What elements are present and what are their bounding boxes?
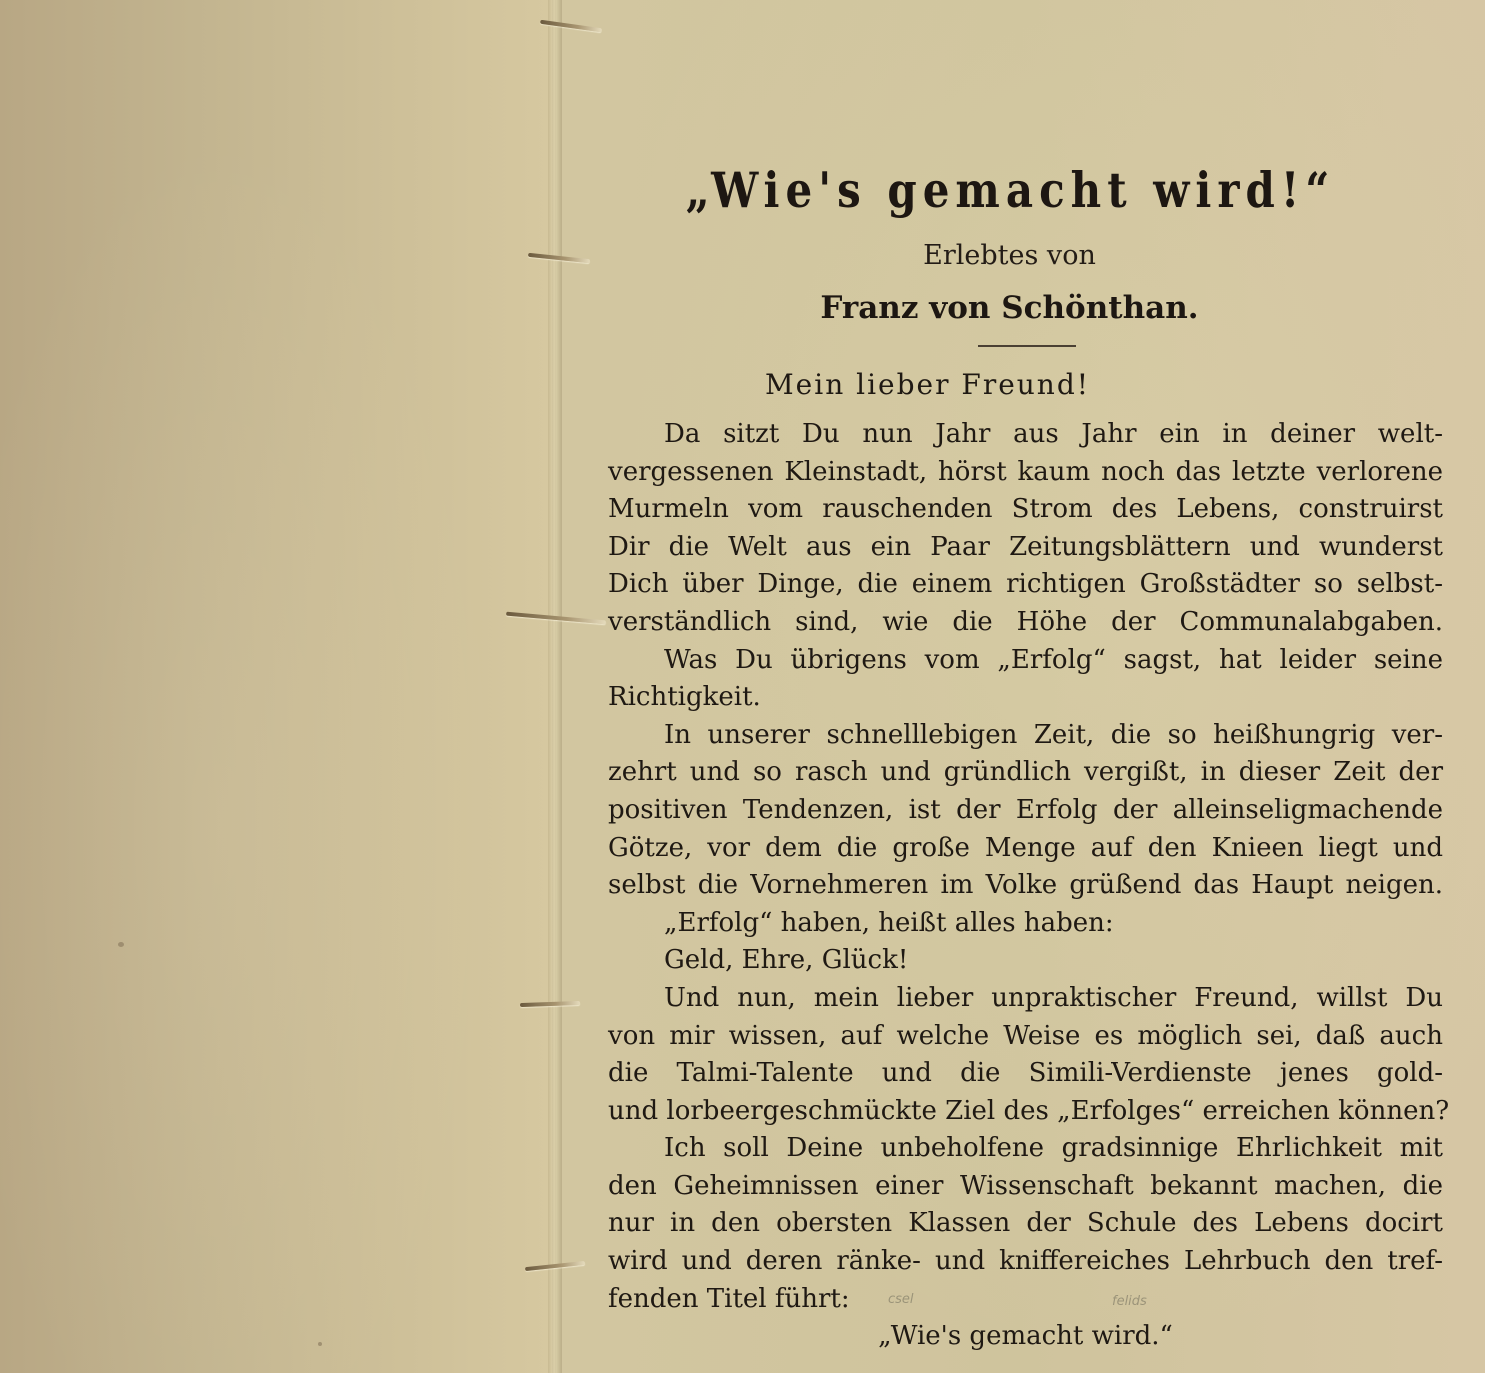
text-line: „Wie's gemacht wird.“ [608,1318,1443,1356]
paper-speck [318,1342,322,1346]
text-line: und lorbeergeschmückte Ziel des „Erfolge… [608,1093,1443,1131]
text-line: von mir wissen, auf welche Weise es mögl… [608,1018,1443,1056]
text-line: Und nun, mein lieber unpraktischer Freun… [608,980,1443,1018]
text-line: Ich soll Deine unbeholfene gradsinnige E… [608,1130,1443,1168]
letter-body: Da sitzt Du nun Jahr aus Jahr ein in dei… [608,416,1443,1356]
text-line: zehrt und so rasch und gründlich vergißt… [608,754,1443,792]
story-title: „Wie's gemacht wird!“ [546,162,1475,218]
text-line: fenden Titel führt: [608,1281,1443,1319]
text-line: Götze, vor dem die große Menge auf den K… [608,830,1443,868]
book-spread: „Wie's gemacht wird!“ Erlebtes von Franz… [0,0,1485,1373]
text-line: Was Du übrigens vom „Erfolg“ sagst, hat … [608,642,1443,680]
text-line: Da sitzt Du nun Jahr aus Jahr ein in dei… [608,416,1443,454]
text-line: Dir die Welt aus ein Paar Zeitungsblätte… [608,529,1443,567]
left-blank-page [0,0,552,1373]
paper-speck [118,942,124,947]
text-line: Geld, Ehre, Glück! [608,942,1443,980]
text-line: positiven Tendenzen, ist der Erfolg der … [608,792,1443,830]
letter-salutation: Mein lieber Freund! [765,368,1090,401]
text-line: nur in den obersten Klassen der Schule d… [608,1205,1443,1243]
text-line: „Erfolg“ haben, heißt alles haben: [608,905,1443,943]
text-line: die Talmi-Talente und die Simili-Verdien… [608,1055,1443,1093]
text-line: den Geheimnissen einer Wissenschaft beka… [608,1168,1443,1206]
text-line: In unserer schnelllebigen Zeit, die so h… [608,717,1443,755]
story-subtitle: Erlebtes von [545,240,1474,271]
pencil-annotation: felids [1112,1294,1147,1309]
text-line: Dich über Dinge, die einem richtigen Gro… [608,566,1443,604]
text-line: selbst die Vornehmeren im Volke grüßend … [608,867,1443,905]
title-divider-rule [978,345,1076,347]
text-line: verständlich sind, wie die Höhe der Comm… [608,604,1443,642]
text-line: wird und deren ränke- und kniffereiches … [608,1243,1443,1281]
text-line: Richtigkeit. [608,679,1443,717]
pencil-annotation: csel [888,1292,914,1307]
text-line: vergessenen Kleinstadt, hörst kaum noch … [608,454,1443,492]
text-line: Murmeln vom rauschenden Strom des Lebens… [608,491,1443,529]
author-name: Franz von Schönthan. [545,290,1474,326]
